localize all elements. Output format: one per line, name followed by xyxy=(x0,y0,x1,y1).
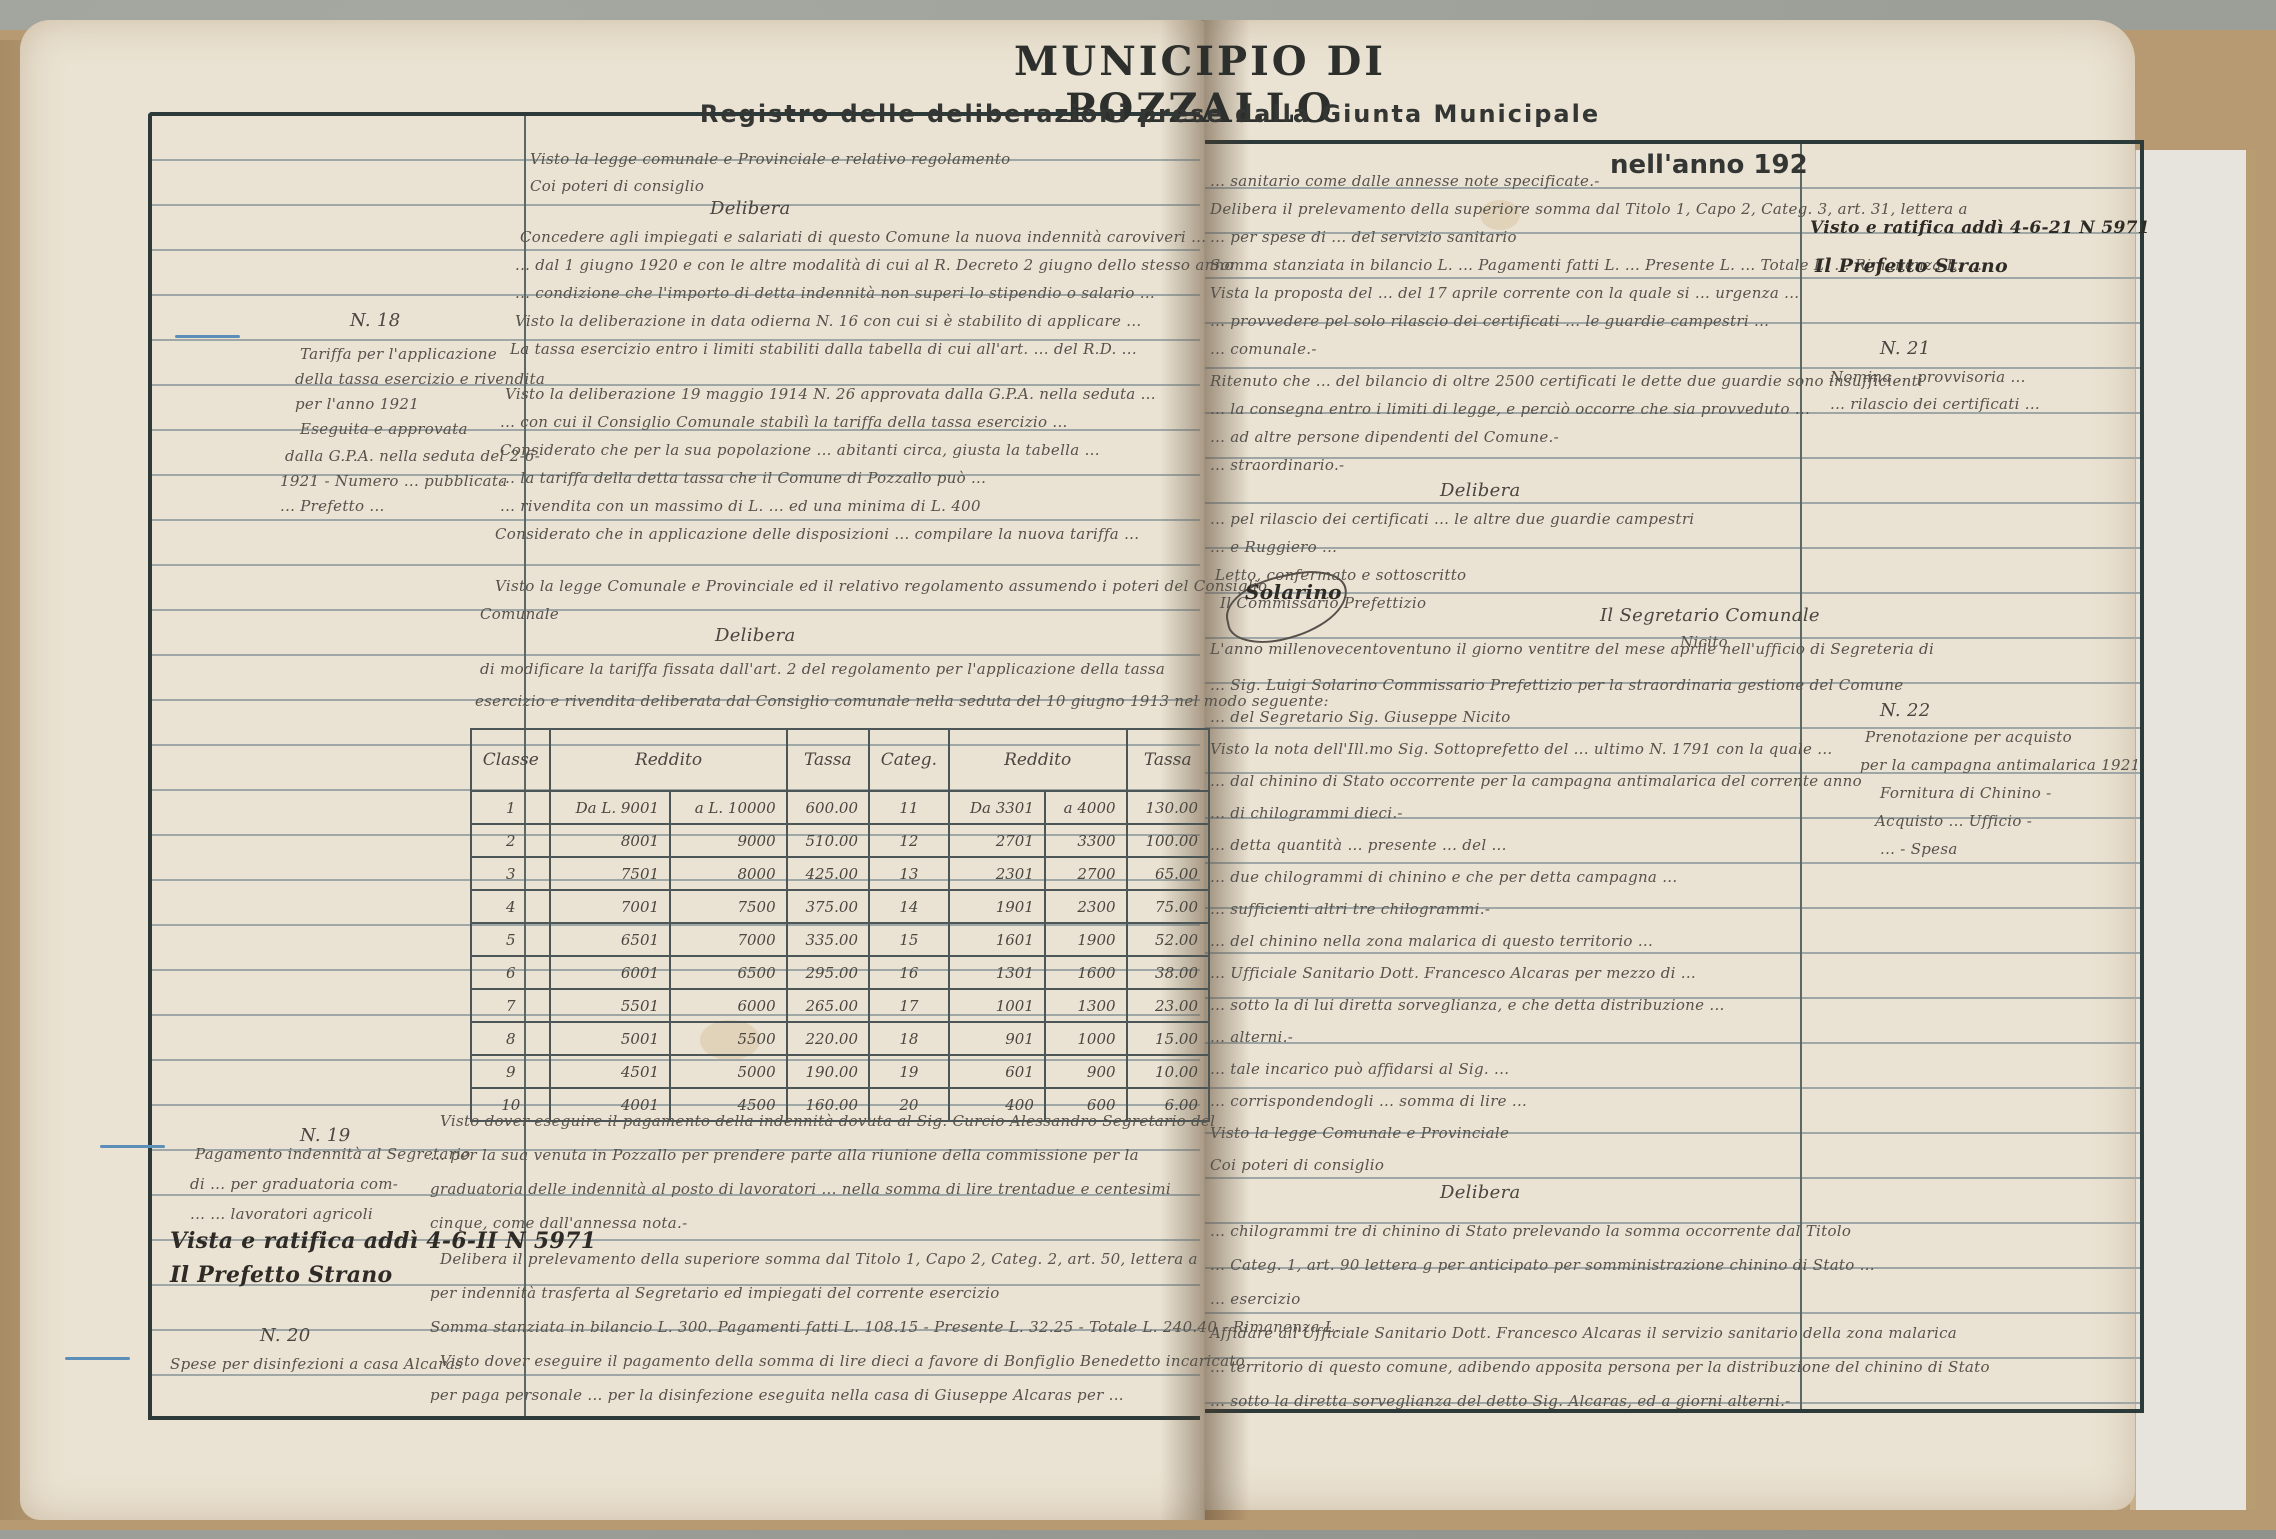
right-flyleaf xyxy=(2130,150,2256,1510)
margin-note-label: N. 21 xyxy=(1880,338,1930,359)
cell-a: 2700 xyxy=(1045,857,1127,890)
cell-categoria: 19 xyxy=(869,1055,949,1088)
body-line: ... sotto la diretta sorveglianza del de… xyxy=(1210,1392,1791,1410)
cell-tassa: 15.00 xyxy=(1127,1022,1209,1055)
body-line: ... e Ruggiero ... xyxy=(1210,538,1337,556)
margin-note-label: N. 19 xyxy=(300,1125,350,1146)
cell-categoria: 12 xyxy=(869,824,949,857)
margin-note-line: ... Prefetto ... xyxy=(280,497,385,515)
table-row: 755016000265.00171001130023.00 xyxy=(471,989,1209,1022)
body-line: ... straordinario.- xyxy=(1210,456,1344,474)
prefect-signature: Il Prefetto Strano xyxy=(1815,255,2008,277)
blue-pencil-mark xyxy=(100,1145,165,1148)
cell-da: 4501 xyxy=(550,1055,670,1088)
body-line: ... esercizio xyxy=(1210,1290,1301,1308)
cell-a: 3300 xyxy=(1045,824,1127,857)
cell-tassa: 10.00 xyxy=(1127,1055,1209,1088)
cell-categoria: 17 xyxy=(869,989,949,1022)
margin-note-line: Nomina ... provvisoria ... xyxy=(1830,368,2026,386)
cell-da: 1601 xyxy=(949,923,1045,956)
table-header-row: Classe Reddito Tassa Categ. Reddito Tass… xyxy=(471,729,1209,791)
body-line: Comunale xyxy=(480,605,559,623)
delibera-heading: Delibera xyxy=(715,625,796,646)
cell-tassa: 190.00 xyxy=(787,1055,869,1088)
header-reddito: Reddito xyxy=(550,729,786,791)
body-line: ... Categ. 1, art. 90 lettera g per anti… xyxy=(1210,1256,1875,1274)
cell-tassa: 130.00 xyxy=(1127,791,1209,824)
cell-tassa: 38.00 xyxy=(1127,956,1209,989)
cell-tassa: 425.00 xyxy=(787,857,869,890)
cell-classe: 6 xyxy=(471,956,550,989)
header-tassa-2: Tassa xyxy=(1127,729,1209,791)
body-line: Delibera il prelevamento della superiore… xyxy=(440,1250,1198,1268)
body-line: per indennità trasferta al Segretario ed… xyxy=(430,1284,1000,1302)
body-line: ... Sig. Luigi Solarino Commissario Pref… xyxy=(1210,676,1903,694)
cell-da: 1001 xyxy=(949,989,1045,1022)
table-row: 945015000190.001960190010.00 xyxy=(471,1055,1209,1088)
prefect-signature: Il Prefetto Strano xyxy=(170,1262,393,1288)
cell-classe: 5 xyxy=(471,923,550,956)
blue-pencil-mark xyxy=(65,1357,130,1360)
margin-note-line: ... rilascio dei certificati ... xyxy=(1830,395,2040,413)
body-line: di modificare la tariffa fissata dall'ar… xyxy=(480,660,1165,678)
body-line: cinque, come dall'annessa nota.- xyxy=(430,1214,687,1232)
body-line: graduatoria delle indennità al posto di … xyxy=(430,1180,1171,1198)
body-line: per paga personale ... per la disinfezio… xyxy=(430,1386,1124,1404)
cell-categoria: 13 xyxy=(869,857,949,890)
cell-classe: 8 xyxy=(471,1022,550,1055)
body-line: ... per spese di ... del servizio sanita… xyxy=(1210,228,1517,246)
cell-a: 8000 xyxy=(670,857,787,890)
body-line: Visto dover eseguire il pagamento della … xyxy=(440,1352,1245,1370)
table-row: 565017000335.00151601190052.00 xyxy=(471,923,1209,956)
cell-a: 1900 xyxy=(1045,923,1127,956)
cell-a: 1600 xyxy=(1045,956,1127,989)
body-line: ... Ufficiale Sanitario Dott. Francesco … xyxy=(1210,964,1696,982)
cell-classe: 3 xyxy=(471,857,550,890)
header-reddito-2: Reddito xyxy=(949,729,1127,791)
cell-tassa: 75.00 xyxy=(1127,890,1209,923)
table-row: 850015500220.0018901100015.00 xyxy=(471,1022,1209,1055)
margin-note-line: di ... per graduatoria com- xyxy=(190,1175,398,1193)
cell-tassa: 220.00 xyxy=(787,1022,869,1055)
cell-a: 900 xyxy=(1045,1055,1127,1088)
cell-tassa: 375.00 xyxy=(787,890,869,923)
cell-da: 901 xyxy=(949,1022,1045,1055)
body-line: Il Segretario Comunale xyxy=(1600,605,1820,626)
cell-tassa: 52.00 xyxy=(1127,923,1209,956)
table-row: 660016500295.00161301160038.00 xyxy=(471,956,1209,989)
cell-da: 5501 xyxy=(550,989,670,1022)
cell-a: a L. 10000 xyxy=(670,791,787,824)
body-line: ... provvedere pel solo rilascio dei cer… xyxy=(1210,312,1769,330)
body-line: ... sufficienti altri tre chilogrammi.- xyxy=(1210,900,1490,918)
margin-note-label: N. 18 xyxy=(350,310,400,331)
cell-tassa: 510.00 xyxy=(787,824,869,857)
cell-da: Da 3301 xyxy=(949,791,1045,824)
body-line: ... del Segretario Sig. Giuseppe Nicito xyxy=(1210,708,1511,726)
margin-note-label: N. 22 xyxy=(1880,700,1930,721)
body-line: ... detta quantità ... presente ... del … xyxy=(1210,836,1507,854)
margin-note-line: per l'anno 1921 xyxy=(295,395,419,413)
body-line: Vista la proposta del ... del 17 aprile … xyxy=(1210,284,1799,302)
body-line: Considerato che per la sua popolazione .… xyxy=(500,441,1100,459)
delibera-heading: Delibera xyxy=(1440,480,1521,501)
register-subtitle: Registro delle deliberazioni prese dalla… xyxy=(560,100,1740,128)
cell-a: 1300 xyxy=(1045,989,1127,1022)
margin-note-line: Acquisto ... Ufficio - xyxy=(1875,812,2032,830)
cell-tassa: 100.00 xyxy=(1127,824,1209,857)
cell-categoria: 18 xyxy=(869,1022,949,1055)
body-line: Considerato che in applicazione delle di… xyxy=(495,525,1139,543)
body-line: ... la tariffa della detta tassa che il … xyxy=(500,469,986,487)
body-line: ... corrispondendogli ... somma di lire … xyxy=(1210,1092,1527,1110)
margin-note-line: 1921 - Numero ... pubblicata xyxy=(280,472,507,490)
body-line: ... con cui il Consiglio Comunale stabil… xyxy=(500,413,1068,431)
cell-a: 6000 xyxy=(670,989,787,1022)
body-line: ... condizione che l'importo di detta in… xyxy=(515,284,1155,302)
cell-da: 7501 xyxy=(550,857,670,890)
blue-pencil-mark xyxy=(175,335,240,338)
body-line: ... chilogrammi tre di chinino di Stato … xyxy=(1210,1222,1851,1240)
cell-a: 1000 xyxy=(1045,1022,1127,1055)
signature-commissioner: Solarino xyxy=(1245,580,1342,604)
cell-a: 7500 xyxy=(670,890,787,923)
body-line: Coi poteri di consiglio xyxy=(530,177,704,195)
header-tassa: Tassa xyxy=(787,729,869,791)
cell-a: 5000 xyxy=(670,1055,787,1088)
cell-a: 5500 xyxy=(670,1022,787,1055)
body-line: esercizio e rivendita deliberata dal Con… xyxy=(475,692,1329,710)
cell-classe: 9 xyxy=(471,1055,550,1088)
cell-tassa: 23.00 xyxy=(1127,989,1209,1022)
margin-note-line: Tariffa per l'applicazione xyxy=(300,345,497,363)
header-classe: Classe xyxy=(471,729,550,791)
header-categoria: Categ. xyxy=(869,729,949,791)
table-row: 375018000425.00132301270065.00 xyxy=(471,857,1209,890)
cell-categoria: 11 xyxy=(869,791,949,824)
cell-categoria: 14 xyxy=(869,890,949,923)
margin-note-line: Prenotazione per acquisto xyxy=(1865,728,2072,746)
margin-note-line: per la campagna antimalarica 1921 xyxy=(1860,756,2141,774)
margin-note-line: ... ... lavoratori agricoli xyxy=(190,1205,373,1223)
cell-da: 6001 xyxy=(550,956,670,989)
body-line: Visto la legge Comunale e Provinciale ed… xyxy=(495,577,1267,595)
cell-tassa: 265.00 xyxy=(787,989,869,1022)
register-year: nell'anno 192 xyxy=(1610,150,1808,180)
margin-note-line: Fornitura di Chinino - xyxy=(1880,784,2052,802)
body-line: ... alterni.- xyxy=(1210,1028,1293,1046)
cell-a: 2300 xyxy=(1045,890,1127,923)
cell-categoria: 16 xyxy=(869,956,949,989)
margin-note-line: Eseguita e approvata xyxy=(300,420,468,438)
tax-tariff-table: Classe Reddito Tassa Categ. Reddito Tass… xyxy=(470,728,1210,1122)
body-line: Visto la legge Comunale e Provinciale xyxy=(1210,1124,1509,1142)
body-line: ... sanitario come dalle annesse note sp… xyxy=(1210,172,1600,190)
delibera-heading: Delibera xyxy=(1440,1182,1521,1203)
body-line: ... tale incarico può affidarsi al Sig. … xyxy=(1210,1060,1509,1078)
body-line: Visto la legge comunale e Provinciale e … xyxy=(530,150,1011,168)
body-line: Coi poteri di consiglio xyxy=(1210,1156,1384,1174)
margin-note-label: N. 20 xyxy=(260,1325,310,1346)
body-line: Delibera il prelevamento della superiore… xyxy=(1210,200,1968,218)
body-line: ... pel rilascio dei certificati ... le … xyxy=(1210,510,1694,528)
body-line: Affidare all'Ufficiale Sanitario Dott. F… xyxy=(1210,1324,1957,1342)
body-line: La tassa esercizio entro i limiti stabil… xyxy=(510,340,1137,358)
cell-da: Da L. 9001 xyxy=(550,791,670,824)
body-line: ... due chilogrammi di chinino e che per… xyxy=(1210,868,1677,886)
body-line: ... del chinino nella zona malarica di q… xyxy=(1210,932,1653,950)
cell-da: 7001 xyxy=(550,890,670,923)
cell-da: 5001 xyxy=(550,1022,670,1055)
margin-note-line: ... - Spesa xyxy=(1880,840,1958,858)
body-line: Visto dover eseguire il pagamento della … xyxy=(440,1112,1215,1130)
body-line: ... sotto la di lui diretta sorveglianza… xyxy=(1210,996,1725,1014)
cell-classe: 7 xyxy=(471,989,550,1022)
body-line: ... dal 1 giugno 1920 e con le altre mod… xyxy=(515,256,1254,274)
cell-da: 2701 xyxy=(949,824,1045,857)
cell-tassa: 65.00 xyxy=(1127,857,1209,890)
body-line: ... per la sua venuta in Pozzallo per pr… xyxy=(430,1146,1139,1164)
body-line: Ritenuto che ... del bilancio di oltre 2… xyxy=(1210,372,1923,390)
cell-da: 8001 xyxy=(550,824,670,857)
body-line: Visto la deliberazione in data odierna N… xyxy=(515,312,1141,330)
cell-a: a 4000 xyxy=(1045,791,1127,824)
cell-a: 6500 xyxy=(670,956,787,989)
delibera-heading: Delibera xyxy=(710,198,791,219)
table-row: 280019000510.001227013300100.00 xyxy=(471,824,1209,857)
body-line: L'anno millenovecentoventuno il giorno v… xyxy=(1210,640,1934,658)
body-line: ... di chilogrammi dieci.- xyxy=(1210,804,1403,822)
cell-da: 1901 xyxy=(949,890,1045,923)
cell-da: 6501 xyxy=(550,923,670,956)
cell-tassa: 600.00 xyxy=(787,791,869,824)
cell-categoria: 15 xyxy=(869,923,949,956)
cell-classe: 1 xyxy=(471,791,550,824)
body-line: ... dal chinino di Stato occorrente per … xyxy=(1210,772,1862,790)
cell-a: 7000 xyxy=(670,923,787,956)
cell-a: 9000 xyxy=(670,824,787,857)
body-line: ... la consegna entro i limiti di legge,… xyxy=(1210,400,1810,418)
body-line: ... comunale.- xyxy=(1210,340,1317,358)
cell-classe: 4 xyxy=(471,890,550,923)
cell-da: 601 xyxy=(949,1055,1045,1088)
cell-classe: 2 xyxy=(471,824,550,857)
table-row: 1Da L. 9001a L. 10000600.0011Da 3301a 40… xyxy=(471,791,1209,824)
body-line: Visto la deliberazione 19 maggio 1914 N.… xyxy=(505,385,1156,403)
table-row: 470017500375.00141901230075.00 xyxy=(471,890,1209,923)
ratification-stamp: Visto e ratifica addì 4-6-21 N 5971 xyxy=(1810,218,2150,238)
cell-tassa: 295.00 xyxy=(787,956,869,989)
margin-note-line: Spese per disinfezioni a casa Alcaras xyxy=(170,1355,463,1373)
cell-da: 2301 xyxy=(949,857,1045,890)
body-line: Concedere agli impiegati e salariati di … xyxy=(520,228,1206,246)
cell-da: 1301 xyxy=(949,956,1045,989)
body-line: ... rivendita con un massimo di L. ... e… xyxy=(500,497,981,515)
body-line: ... territorio di questo comune, adibend… xyxy=(1210,1358,1990,1376)
body-line: ... ad altre persone dipendenti del Comu… xyxy=(1210,428,1559,446)
cell-tassa: 335.00 xyxy=(787,923,869,956)
body-line: Visto la nota dell'Ill.mo Sig. Sottopref… xyxy=(1210,740,1832,758)
